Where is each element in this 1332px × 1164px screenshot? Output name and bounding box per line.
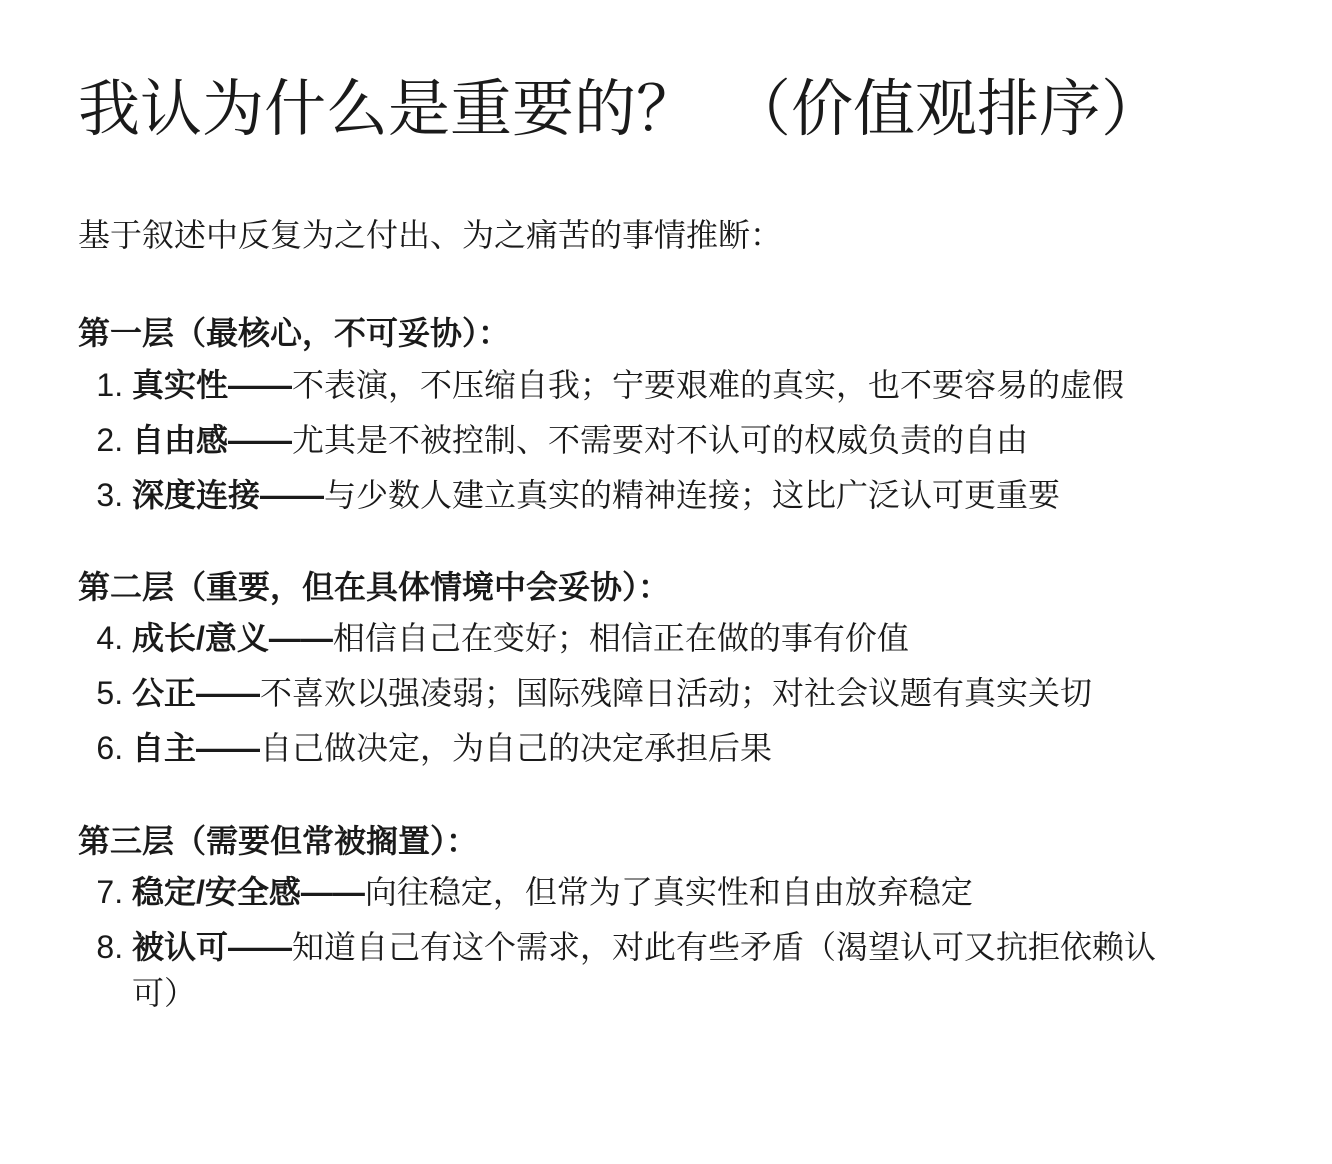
item-term: 公正——: [132, 675, 260, 711]
item-desc: 尤其是不被控制、不需要对不认可的权威负责的自由: [292, 422, 1028, 458]
tier-heading-3: 第三层（需要但常被搁置）：: [78, 818, 1168, 864]
list-item: 深度连接——与少数人建立真实的精神连接；这比广泛认可更重要: [132, 472, 1168, 518]
document-page: 我认为什么是重要的？ （价值观排序） 基于叙述中反复为之付出、为之痛苦的事情推断…: [0, 0, 1332, 1017]
item-term: 深度连接——: [132, 477, 324, 513]
tier-heading-2: 第二层（重要，但在具体情境中会妥协）：: [78, 564, 1168, 610]
item-desc: 自己做决定，为自己的决定承担后果: [260, 730, 772, 766]
tiers: 第一层（最核心，不可妥协）：真实性——不表演，不压缩自我；宁要艰难的真实，也不要…: [78, 310, 1168, 1016]
item-term: 被认可——: [132, 929, 292, 965]
item-term: 成长/意义——: [132, 620, 333, 656]
list-item: 真实性——不表演，不压缩自我；宁要艰难的真实，也不要容易的虚假: [132, 362, 1168, 408]
list-item: 稳定/安全感——向往稳定，但常为了真实性和自由放弃稳定: [132, 869, 1168, 915]
item-desc: 不表演，不压缩自我；宁要艰难的真实，也不要容易的虚假: [292, 367, 1124, 403]
list-item: 自由感——尤其是不被控制、不需要对不认可的权威负责的自由: [132, 417, 1168, 463]
item-term: 自由感——: [132, 422, 292, 458]
tier-heading-1: 第一层（最核心，不可妥协）：: [78, 310, 1168, 356]
page-title: 我认为什么是重要的？ （价值观排序）: [78, 62, 1168, 157]
intro-paragraph: 基于叙述中反复为之付出、为之痛苦的事情推断：: [78, 212, 1168, 258]
item-term: 自主——: [132, 730, 260, 766]
value-list-1: 真实性——不表演，不压缩自我；宁要艰难的真实，也不要容易的虚假自由感——尤其是不…: [78, 362, 1168, 518]
item-desc: 与少数人建立真实的精神连接；这比广泛认可更重要: [324, 477, 1060, 513]
value-list-3: 稳定/安全感——向往稳定，但常为了真实性和自由放弃稳定被认可——知道自己有这个需…: [78, 869, 1168, 1017]
item-desc: 不喜欢以强凌弱；国际残障日活动；对社会议题有真实关切: [260, 675, 1092, 711]
item-desc: 相信自己在变好；相信正在做的事有价值: [333, 620, 909, 656]
item-desc: 向往稳定，但常为了真实性和自由放弃稳定: [365, 874, 973, 910]
list-item: 自主——自己做决定，为自己的决定承担后果: [132, 725, 1168, 771]
value-list-2: 成长/意义——相信自己在变好；相信正在做的事有价值公正——不喜欢以强凌弱；国际残…: [78, 615, 1168, 771]
list-item: 被认可——知道自己有这个需求，对此有些矛盾（渴望认可又抗拒依赖认可）: [132, 924, 1168, 1017]
list-item: 成长/意义——相信自己在变好；相信正在做的事有价值: [132, 615, 1168, 661]
document-content: 我认为什么是重要的？ （价值观排序） 基于叙述中反复为之付出、为之痛苦的事情推断…: [78, 62, 1168, 1017]
item-term: 真实性——: [132, 367, 292, 403]
item-term: 稳定/安全感——: [132, 874, 365, 910]
list-item: 公正——不喜欢以强凌弱；国际残障日活动；对社会议题有真实关切: [132, 670, 1168, 716]
